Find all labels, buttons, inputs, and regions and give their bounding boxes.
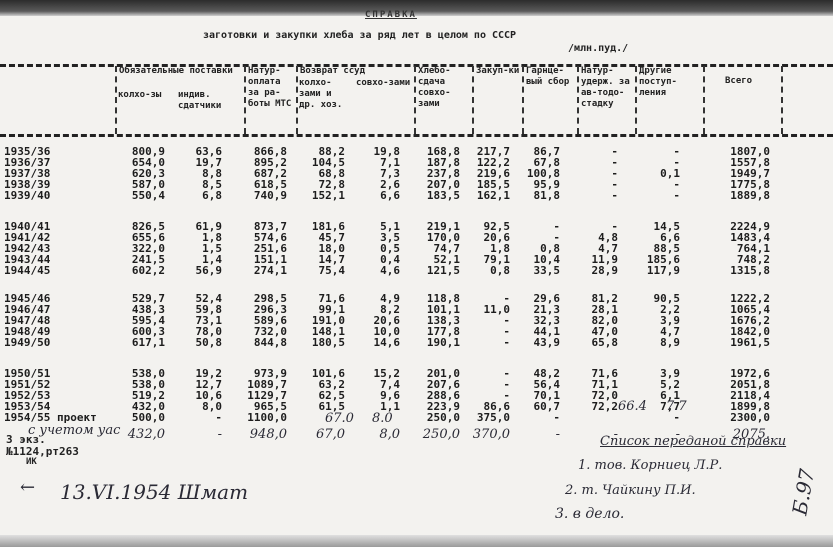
table-row: 1940/41826,561,9873,7181,65,1219,192,5--…: [0, 221, 833, 232]
handwritten-value: 432,0: [128, 427, 165, 442]
date-signature: 13.VI.1954 Шмат: [60, 480, 248, 504]
reference-number: №1124,рт263: [6, 445, 79, 458]
table-row: 1950/51538,019,2973,9101,615,2201,0-48,2…: [0, 368, 833, 379]
value-cell: 1315,8: [730, 265, 770, 276]
value-cell: 4,6: [380, 265, 400, 276]
table-header: Обязательные поставки колхо-зы индив. сд…: [0, 66, 833, 134]
value-cell: 180,5: [312, 337, 345, 348]
table-row: 1939/40550,46,8740,9152,16,6183,5162,181…: [0, 190, 833, 201]
header-loan-sovkhoz: совхо-зами: [356, 78, 411, 89]
value-cell: 72,2: [592, 401, 619, 412]
header-naturoplata: Натур-оплата за ра-боты МТС: [244, 66, 296, 134]
margin-note: Б.97: [787, 467, 819, 517]
year-cell: 1944/45: [4, 265, 50, 276]
table-row: 1935/36800,963,6866,888,219,8168,8217,78…: [0, 146, 833, 157]
table-row: 1954/55 проект500,0-1100,0250,0375,0--23…: [0, 412, 833, 423]
value-cell: 65,8: [592, 337, 619, 348]
table-row: 1947/48595,473,1589,6191,020,6138,3-32,3…: [0, 315, 833, 326]
value-cell: 550,4: [132, 190, 165, 201]
value-cell: 250,0: [427, 412, 460, 423]
handwritten-value: 948,0: [250, 427, 287, 442]
value-cell: 162,1: [477, 190, 510, 201]
value-cell: 8,9: [660, 337, 680, 348]
value-cell: -: [611, 190, 618, 201]
value-cell: 81,8: [534, 190, 561, 201]
table-row: 1943/44241,51,4151,114,70,452,179,110,41…: [0, 254, 833, 265]
header-total: Всего: [703, 66, 781, 134]
correction-other: 7.7: [666, 399, 687, 414]
handwritten-value: 250,0: [423, 427, 460, 442]
table-row: 1936/37654,019,7895,2104,57,1187,8122,26…: [0, 157, 833, 168]
handwritten-value: -: [218, 427, 222, 442]
header-garnets-fee: Гарнце-вый сбор: [522, 66, 577, 134]
value-cell: 190,1: [427, 337, 460, 348]
header-purchases: Закуп-ки: [472, 66, 522, 134]
distribution-item-1: 1. тов. Корниец Л.Р.: [578, 458, 722, 473]
table-row: 1941/42655,61,8574,645,73,5170,020,6-4,8…: [0, 232, 833, 243]
handwritten-value: 67,0: [316, 427, 345, 442]
year-cell: 1949/50: [4, 337, 50, 348]
value-cell: 56,9: [196, 265, 223, 276]
value-cell: 617,1: [132, 337, 165, 348]
distribution-title: Список переданой справки: [600, 434, 786, 449]
value-cell: 2300,0: [730, 412, 770, 423]
table-row: 1949/50617,150,8844,8180,514,6190,1-43,9…: [0, 337, 833, 348]
value-cell: 183,5: [427, 190, 460, 201]
value-cell: 844,8: [254, 337, 287, 348]
header-other: Другие поступ-ления: [635, 66, 703, 134]
value-cell: -: [215, 412, 222, 423]
value-cell: 740,9: [254, 190, 287, 201]
table-row: 1952/53519,210,61129,762,59,6288,6-70,17…: [0, 390, 833, 401]
value-cell: 43,9: [534, 337, 561, 348]
handwritten-value: 370,0: [473, 427, 510, 442]
value-cell: 274,1: [254, 265, 287, 276]
value-cell: 121,5: [427, 265, 460, 276]
value-cell: 500,0: [132, 412, 165, 423]
typist-initials: ИК: [26, 457, 37, 467]
table-row: 1946/47438,359,8296,399,18,2101,111,021,…: [0, 304, 833, 315]
correction-natur-deduction: 66.4: [618, 399, 647, 414]
header-group-label: Возврат ссуд: [300, 66, 365, 76]
handwritten-value: 8,0: [379, 427, 400, 442]
table-row: 1945/46529,752,4298,571,64,9118,8-29,681…: [0, 293, 833, 304]
value-cell: 50,8: [196, 337, 223, 348]
document-title: СПРАВКА: [365, 10, 417, 20]
distribution-item-2: 2. т. Чайкину П.И.: [565, 483, 696, 498]
table-row: 1948/49600,378,0732,0148,110,0177,8-44,1…: [0, 326, 833, 337]
arrow-mark: ←: [20, 477, 35, 498]
value-cell: 375,0: [477, 412, 510, 423]
header-right-edge: [781, 66, 791, 134]
distribution-item-3: 3. в дело.: [555, 506, 624, 522]
table-header-rule: [0, 134, 833, 137]
value-cell: 1889,8: [730, 190, 770, 201]
year-cell: 1939/40: [4, 190, 50, 201]
header-group-label: Обязательные поставки: [119, 66, 233, 76]
table-row: 1944/45602,256,9274,175,44,6121,50,833,5…: [0, 265, 833, 276]
year-cell: 1954/55 проект: [4, 412, 97, 423]
value-cell: -: [673, 190, 680, 201]
value-cell: 602,2: [132, 265, 165, 276]
value-cell: 117,9: [647, 265, 680, 276]
value-cell: 75,4: [319, 265, 346, 276]
value-cell: 14,6: [374, 337, 401, 348]
correction-loan-kolkhoz: 67.0: [325, 411, 354, 426]
value-cell: -: [553, 412, 560, 423]
scan-bottom-edge: [0, 535, 833, 547]
value-cell: 6,6: [380, 190, 400, 201]
units-label: /млн.пуд./: [568, 43, 628, 54]
table-row: 1937/38620,38,8687,268,87,3237,8219,6100…: [0, 168, 833, 179]
header-loan-kolkhoz: колхо-зами и др. хоз.: [299, 78, 351, 111]
header-individual: индив. сдатчики: [178, 90, 240, 112]
table-row: 1953/54432,08,0965,561,51,1223,986,660,7…: [0, 401, 833, 412]
value-cell: 33,5: [534, 265, 561, 276]
correction-loan-sovkhoz: 8.0: [372, 411, 393, 426]
value-cell: 0,8: [490, 265, 510, 276]
value-cell: 1961,5: [730, 337, 770, 348]
header-kolkhoz: колхо-зы: [118, 90, 173, 101]
value-cell: 28,9: [592, 265, 619, 276]
value-cell: 1100,0: [247, 412, 287, 423]
value-cell: 152,1: [312, 190, 345, 201]
value-cell: -: [503, 337, 510, 348]
handwritten-value: -: [556, 427, 560, 442]
table-row: 1951/52538,012,71089,763,27,4207,6-56,47…: [0, 379, 833, 390]
document-subtitle: заготовки и закупки хлеба за ряд лет в ц…: [203, 30, 516, 41]
value-cell: 6,8: [202, 190, 222, 201]
table-row: 1942/43322,01,5251,618,00,574,71,80,84,7…: [0, 243, 833, 254]
table-row: 1938/39587,08,5618,572,82,6207,0185,595,…: [0, 179, 833, 190]
header-sovkhoz-delivery: Хлебо-сдача совхо-зами: [414, 66, 470, 134]
header-natur-deduction: Натур-удерж. за ав-тодо-стадку: [577, 66, 635, 134]
